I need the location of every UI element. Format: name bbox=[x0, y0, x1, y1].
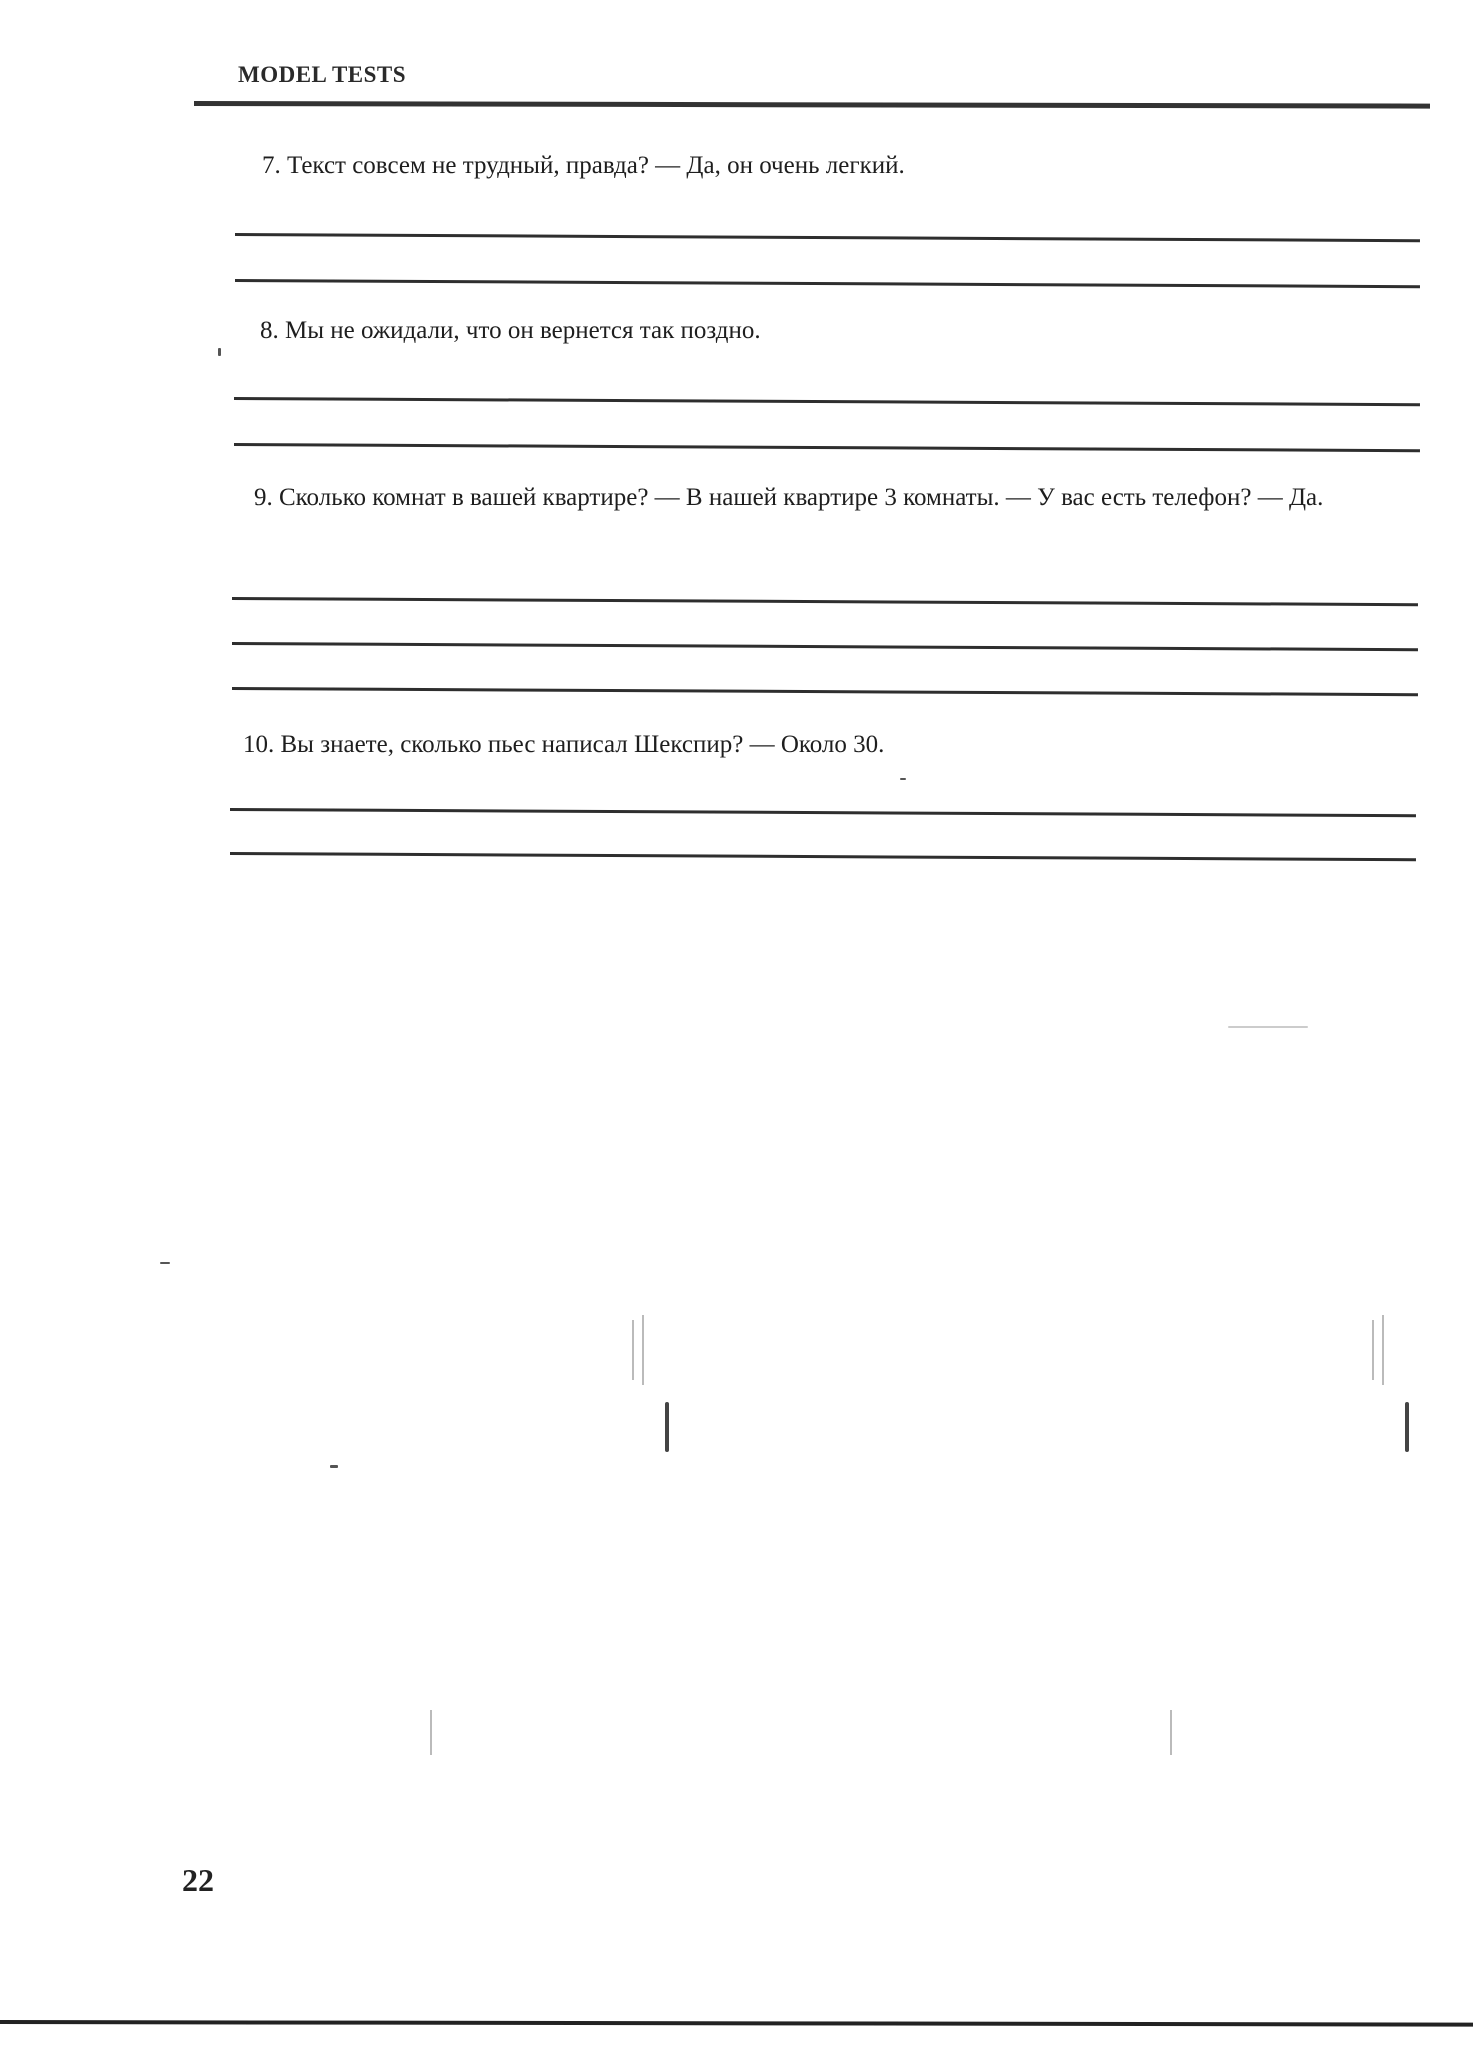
header-rule bbox=[194, 101, 1430, 109]
answer-line[interactable] bbox=[232, 642, 1418, 651]
question-text: 9. Сколько комнат в вашей квартире? — В … bbox=[254, 480, 1422, 516]
question-number: 10. bbox=[243, 731, 274, 758]
answer-line[interactable] bbox=[234, 397, 1420, 406]
question-text: 8. Мы не ожидали, что он вернется так по… bbox=[260, 313, 1400, 349]
answer-line[interactable] bbox=[230, 852, 1416, 861]
question-body: Текст совсем не трудный, правда? — Да, о… bbox=[287, 152, 905, 179]
speck bbox=[218, 348, 221, 356]
question-number: 7. bbox=[262, 152, 281, 179]
answer-line[interactable] bbox=[234, 443, 1420, 452]
scan-ghost bbox=[1170, 1710, 1172, 1755]
question-body: Вы знаете, сколько пьес написал Шекспир?… bbox=[281, 731, 885, 758]
scan-ghost bbox=[642, 1315, 644, 1385]
answer-line[interactable] bbox=[232, 687, 1418, 696]
answer-line[interactable] bbox=[230, 808, 1416, 817]
speck bbox=[330, 1465, 338, 1468]
question-text: 10. Вы знаете, сколько пьес написал Шекс… bbox=[243, 727, 1383, 763]
scan-mark bbox=[1405, 1402, 1409, 1452]
scan-ghost bbox=[430, 1710, 432, 1755]
speck bbox=[900, 778, 906, 780]
answer-line[interactable] bbox=[232, 597, 1418, 606]
question-body: Сколько комнат в вашей квартире? — В наш… bbox=[279, 484, 1323, 511]
scan-ghost bbox=[1382, 1315, 1384, 1385]
scan-mark bbox=[665, 1402, 669, 1452]
speck bbox=[160, 1262, 170, 1264]
question-number: 9. bbox=[254, 484, 273, 511]
question-text: 7. Текст совсем не трудный, правда? — Да… bbox=[262, 148, 1402, 184]
answer-line[interactable] bbox=[235, 279, 1420, 288]
speck bbox=[1228, 1026, 1308, 1028]
answer-line[interactable] bbox=[235, 233, 1420, 242]
question-number: 8. bbox=[260, 317, 279, 344]
scan-ghost bbox=[632, 1320, 634, 1380]
page-number: 22 bbox=[182, 1862, 214, 1899]
scan-ghost bbox=[1372, 1320, 1374, 1380]
bottom-rule bbox=[0, 2020, 1473, 2027]
question-body: Мы не ожидали, что он вернется так поздн… bbox=[285, 317, 761, 344]
header-title: MODEL TESTS bbox=[238, 62, 406, 88]
